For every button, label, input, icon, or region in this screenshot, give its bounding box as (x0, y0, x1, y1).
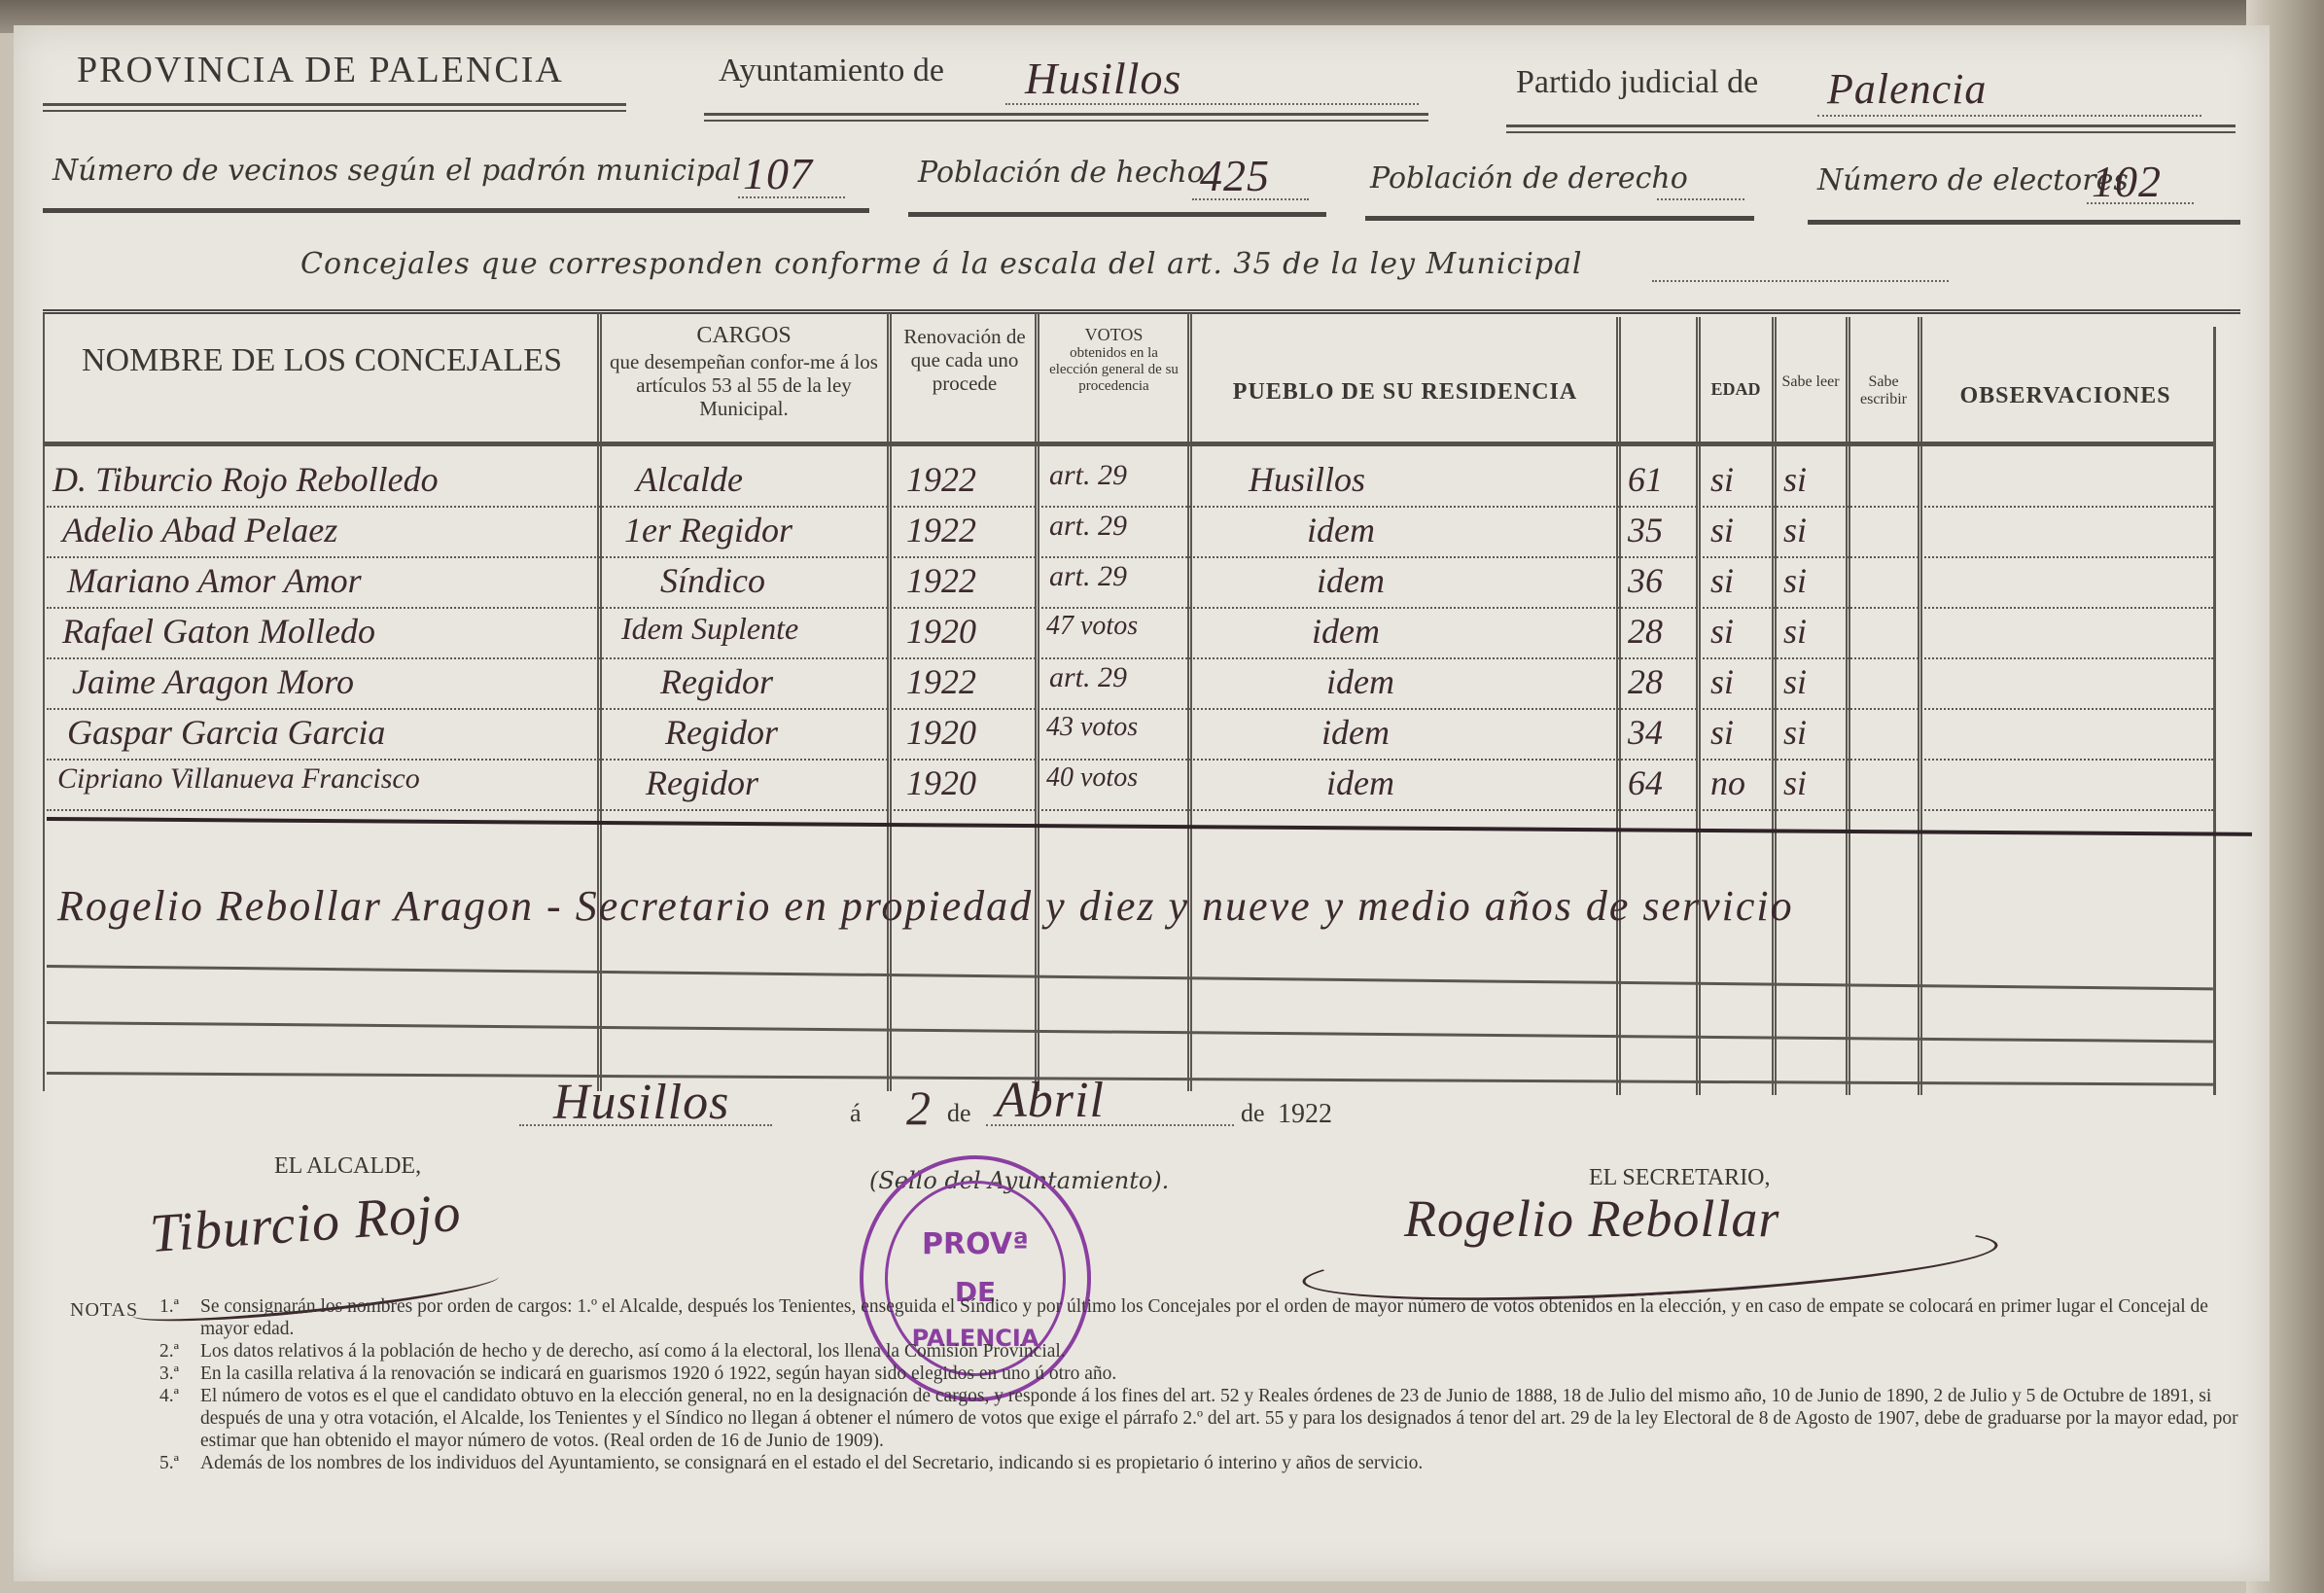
partido-label: Partido judicial de (1516, 64, 1758, 101)
notes-list: 1.ªSe consignarán los nombres por orden … (159, 1295, 2240, 1474)
row-rule (47, 759, 2213, 761)
cell-votos: art. 29 (1049, 459, 1127, 492)
table-border (43, 313, 45, 1091)
cell-votos: 43 votos (1046, 712, 1138, 743)
ayuntamiento-label: Ayuntamiento de (719, 53, 944, 89)
cell-nombre: Mariano Amor Amor (67, 560, 362, 601)
cell-nombre: D. Tiburcio Rojo Rebolledo (53, 459, 439, 500)
header-votos: VOTOS obtenidos en la elección general d… (1040, 325, 1187, 395)
cell-escribir: si (1783, 510, 1807, 550)
cell-edad: 61 (1628, 459, 1663, 500)
cell-pueblo: Husillos (1249, 459, 1365, 500)
vecinos-label: Número de vecinos según el padrón munici… (53, 154, 741, 188)
dateline-year: 1922 (1278, 1099, 1332, 1130)
column-divider (1696, 317, 1701, 1095)
cell-edad: 28 (1628, 611, 1663, 652)
row-rule (47, 965, 2213, 990)
note-number: 3.ª (159, 1363, 200, 1385)
header-escribir: Sabe escribir (1849, 373, 1918, 409)
cell-cargo: Regidor (665, 712, 778, 753)
cell-renovacion: 1922 (906, 560, 976, 601)
note-text: El número de votos es el que el candidat… (200, 1385, 2240, 1452)
dateline-de1: de (947, 1099, 971, 1128)
row-rule (47, 1021, 2213, 1043)
divider (43, 208, 869, 213)
cell-escribir: si (1783, 611, 1807, 652)
province-title: PROVINCIA DE PALENCIA (77, 49, 564, 91)
cell-pueblo: idem (1312, 611, 1380, 652)
row-rule (47, 556, 2213, 558)
cell-pueblo: idem (1317, 560, 1385, 601)
row-rule (47, 1072, 2213, 1086)
cell-votos: 47 votos (1046, 611, 1138, 642)
form-page: PROVINCIA DE PALENCIA Ayuntamiento de Hu… (14, 25, 2270, 1581)
column-divider (1846, 317, 1850, 1095)
secretario-label: EL SECRETARIO, (1589, 1165, 1771, 1191)
cell-renovacion: 1920 (906, 762, 976, 803)
electores-value: 102 (2092, 156, 2162, 207)
note-item: 2.ªLos datos relativos á la población de… (159, 1340, 2240, 1363)
cell-leer: si (1710, 712, 1734, 753)
alcalde-signature: Tiburcio Rojo (148, 1182, 463, 1265)
cell-renovacion: 1920 (906, 611, 976, 652)
hecho-field[interactable]: 425 (1192, 163, 1309, 200)
note-text: En la casilla relativa á la renovación s… (200, 1363, 1116, 1385)
column-divider (597, 313, 602, 1091)
cell-cargo: 1er Regidor (624, 510, 792, 550)
divider (1506, 124, 2236, 133)
cell-votos: art. 29 (1049, 510, 1127, 543)
header-pueblo: PUEBLO DE SU RESIDENCIA (1194, 379, 1616, 407)
table-top-border (43, 309, 2240, 314)
row-rule (47, 506, 2213, 508)
derecho-field[interactable] (1657, 171, 1744, 200)
cell-cargo: Síndico (660, 560, 765, 601)
cell-nombre: Rafael Gaton Molledo (62, 611, 375, 652)
electores-label: Número de electores (1817, 163, 2129, 197)
cell-pueblo: idem (1307, 510, 1375, 550)
cell-cargo: Regidor (660, 661, 773, 702)
dateline-place: Husillos (553, 1074, 729, 1131)
cell-cargo: Idem Suplente (621, 611, 798, 647)
cell-renovacion: 1920 (906, 712, 976, 753)
cell-leer: si (1710, 611, 1734, 652)
cell-votos: 40 votos (1046, 762, 1138, 794)
concejales-line: Concejales que corresponden conforme á l… (300, 247, 1583, 281)
cell-nombre: Cipriano Villanueva Francisco (57, 762, 420, 796)
cell-cargo: Regidor (646, 762, 758, 803)
alcalde-label: EL ALCALDE, (274, 1153, 421, 1180)
column-divider (1918, 317, 1922, 1095)
electores-field[interactable]: 102 (2087, 171, 2194, 204)
header-votos-sub: obtenidos en la elección general de su p… (1040, 345, 1187, 396)
cell-renovacion: 1922 (906, 661, 976, 702)
ayuntamiento-field[interactable]: Husillos (1005, 60, 1419, 105)
divider (1808, 220, 2240, 225)
cell-edad: 64 (1628, 762, 1663, 803)
vecinos-field[interactable]: 107 (738, 161, 845, 198)
cell-leer: no (1710, 762, 1745, 803)
cell-renovacion: 1922 (906, 510, 976, 550)
row-rule (47, 607, 2213, 609)
column-divider (1187, 313, 1192, 1091)
dateline-day: 2 (906, 1080, 932, 1136)
notes-label: NOTAS (70, 1299, 138, 1322)
cell-leer: si (1710, 459, 1734, 500)
cell-nombre: Gaspar Garcia Garcia (67, 712, 385, 753)
cell-edad: 34 (1628, 712, 1663, 753)
cell-edad: 36 (1628, 560, 1663, 601)
cell-nombre: Adelio Abad Pelaez (62, 510, 337, 550)
divider (43, 103, 626, 112)
note-number: 1.ª (159, 1295, 200, 1340)
cell-votos: art. 29 (1049, 560, 1127, 593)
header-cargos-title: CARGOS (601, 323, 887, 350)
cell-escribir: si (1783, 661, 1807, 702)
divider (1365, 216, 1754, 221)
stamp-line1: PROVª (863, 1227, 1087, 1261)
note-item: 1.ªSe consignarán los nombres por orden … (159, 1295, 2240, 1340)
row-rule (47, 809, 2213, 811)
header-cargos: CARGOS que desempeñan confor-me á los ar… (601, 323, 887, 420)
column-divider (1772, 317, 1777, 1095)
cell-votos: art. 29 (1049, 661, 1127, 694)
dateline-month: Abril (996, 1072, 1105, 1129)
row-rule (47, 708, 2213, 710)
note-number: 2.ª (159, 1340, 200, 1363)
divider (908, 212, 1326, 217)
header-edad: EDAD (1700, 379, 1772, 400)
header-leer: Sabe leer (1776, 373, 1846, 391)
partido-field[interactable]: Palencia (1817, 76, 2201, 117)
cell-escribir: si (1783, 712, 1807, 753)
hecho-label: Población de hecho (918, 156, 1205, 190)
cell-escribir: si (1783, 459, 1807, 500)
note-text: Se consignarán los nombres por orden de … (200, 1295, 2240, 1340)
cell-edad: 35 (1628, 510, 1663, 550)
cell-escribir: si (1783, 762, 1807, 803)
cell-escribir: si (1783, 560, 1807, 601)
cell-leer: si (1710, 661, 1734, 702)
cell-leer: si (1710, 560, 1734, 601)
cell-renovacion: 1922 (906, 459, 976, 500)
header-votos-title: VOTOS (1040, 325, 1187, 345)
table-border (2213, 327, 2216, 1095)
cell-pueblo: idem (1321, 712, 1390, 753)
column-divider (1616, 317, 1621, 1095)
row-rule (47, 657, 2213, 659)
note-item: 4.ªEl número de votos es el que el candi… (159, 1385, 2240, 1452)
vecinos-value: 107 (743, 148, 813, 199)
dateline-de2: de (1241, 1099, 1265, 1128)
header-nombre: NOMBRE DE LOS CONCEJALES (47, 341, 597, 379)
note-item: 5.ªAdemás de los nombres de los individu… (159, 1452, 2240, 1474)
cell-nombre: Jaime Aragon Moro (72, 661, 354, 702)
cell-pueblo: idem (1326, 762, 1394, 803)
divider (704, 113, 1428, 122)
derecho-label: Población de derecho (1370, 161, 1688, 195)
dateline-a: á (850, 1099, 862, 1128)
cell-edad: 28 (1628, 661, 1663, 702)
cell-pueblo: idem (1326, 661, 1394, 702)
header-cargos-sub: que desempeñan confor-me á los artículos… (601, 350, 887, 420)
hecho-value: 425 (1200, 150, 1270, 201)
note-text: Los datos relativos á la población de he… (200, 1340, 1066, 1363)
partido-value: Palencia (1827, 64, 1987, 114)
cell-leer: si (1710, 510, 1734, 550)
header-bottom-border (43, 442, 2213, 446)
header-observaciones: OBSERVACIONES (1919, 383, 2211, 410)
concejales-field[interactable] (1652, 280, 1949, 282)
cell-cargo: Alcalde (636, 459, 743, 500)
header-renovacion: Renovación de que cada uno procede (895, 325, 1035, 395)
ayuntamiento-value: Husillos (1025, 53, 1181, 104)
note-text: Además de los nombres de los individuos … (200, 1452, 1423, 1474)
note-item: 3.ªEn la casilla relativa á la renovació… (159, 1363, 2240, 1385)
note-number: 5.ª (159, 1452, 200, 1474)
note-number: 4.ª (159, 1385, 200, 1452)
secretary-note: Rogelio Rebollar Aragon - Secretario en … (57, 881, 1794, 931)
